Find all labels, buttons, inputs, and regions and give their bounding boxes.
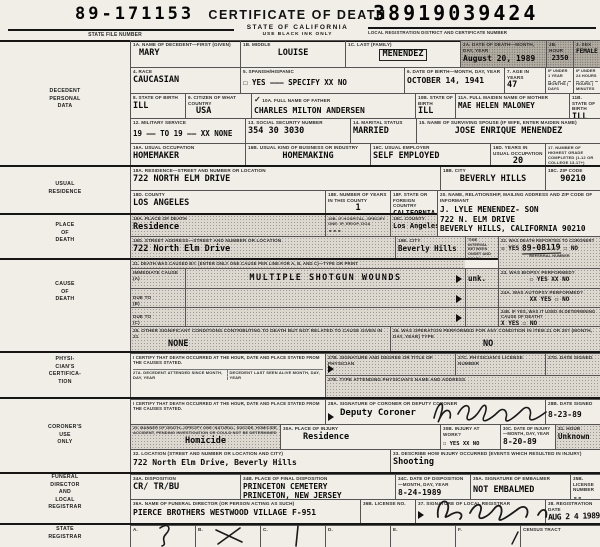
value: Beverly Hills bbox=[398, 244, 463, 253]
field-name-last: 1C. LAST (FAMILY) MENENDEZ bbox=[345, 40, 460, 67]
field-embalmer-signature: 35A. SIGNATURE OF EMBALMER NOT EMBALMED bbox=[470, 474, 570, 499]
registration-number-stamp: 38919039424 bbox=[373, 3, 538, 23]
field-death-city: 19E. CITY Beverly Hills bbox=[395, 236, 465, 258]
value-line-1: PRINCETON CEMETERY bbox=[243, 482, 393, 491]
value: ☐ YES XX NO bbox=[443, 441, 498, 448]
label: 8. STATE OF BIRTH bbox=[133, 95, 183, 101]
label: 37. SIGNATURE OF LOCAL REGISTRAR bbox=[418, 501, 543, 507]
value: NOT EMBALMED bbox=[473, 486, 568, 496]
field-local-registrar-signature: 37. SIGNATURE OF LOCAL REGISTRAR bbox=[415, 499, 545, 523]
field-if-hospital: 19B. IF HOSPITAL, SPECIFY ONE: IP, ER/OP… bbox=[325, 215, 390, 236]
label: IMMEDIATE CAUSE bbox=[133, 270, 183, 276]
label: 35B. LICENSE NUMBER bbox=[573, 476, 598, 493]
label: IF UNDER 24 HOURS bbox=[576, 69, 598, 79]
field-industry: 16B. USUAL KIND OF BUSINESS OR INDUSTRY … bbox=[245, 143, 370, 165]
label: 16B. USUAL KIND OF BUSINESS OR INDUSTRY bbox=[248, 145, 368, 151]
physician-certification-box: I CERTIFY THAT DEATH OCCURRED AT THE HOU… bbox=[130, 353, 325, 397]
label: 25. OTHER SIGNIFICANT CONDITIONS CONTRIB… bbox=[133, 328, 388, 339]
label: 36B. LICENSE NO. bbox=[363, 501, 413, 507]
death-certificate-page: 89-171153 STATE FILE NUMBER CERTIFICATE … bbox=[0, 0, 600, 547]
value: NO bbox=[393, 340, 598, 350]
section-label-funeral: FUNERAL DIRECTOR AND LOCAL REGISTRAR bbox=[4, 474, 126, 512]
value: PIERCE BROTHERS WESTWOOD VILLAGE F-951 bbox=[133, 508, 358, 517]
field-race: 4. RACE CAUCASIAN bbox=[130, 67, 240, 93]
field-coroner-date-signed: 28B. DATE SIGNED 8-23-89 bbox=[545, 399, 600, 424]
field-residence-county: 18D. COUNTY LOS ANGELES bbox=[130, 190, 325, 213]
label: 36A. NAME OF FUNERAL DIRECTOR (OR PERSON… bbox=[133, 501, 358, 507]
field-death-county: 19C. COUNTY Los Angeles bbox=[390, 215, 437, 236]
label: 18F. STATE OR FOREIGN COUNTRY bbox=[393, 192, 435, 209]
value: LOUISE bbox=[243, 49, 343, 59]
value: 8-24-1989 bbox=[398, 488, 468, 497]
coroner-certification-box: I CERTIFY THAT DEATH OCCURRED AT THE HOU… bbox=[130, 399, 325, 424]
value-line-2: PRINCETON, NEW JERSEY bbox=[243, 491, 393, 499]
value: August 20, 1989 bbox=[463, 54, 544, 63]
arrow-icon bbox=[418, 511, 424, 519]
value: 354 30 3030 bbox=[248, 127, 348, 137]
immediate-cause-label: IMMEDIATE CAUSE (A) bbox=[130, 268, 185, 288]
value: 8-23-89 bbox=[548, 410, 598, 420]
divider bbox=[368, 27, 596, 29]
field-residence-zip: 18C. ZIP CODE 90210 bbox=[545, 167, 600, 190]
label: 30A. PLACE OF INJURY bbox=[283, 426, 438, 432]
section-label-cause-of-death: CAUSE OF DEATH bbox=[4, 281, 126, 304]
field-years-in-occupation: 16D. YEARS IN USUAL OCCUPATION 20 bbox=[490, 143, 545, 165]
attended-since-label: 27A. DECEDENT ATTENDED SINCE MONTH, DAY,… bbox=[133, 370, 227, 380]
field-date-of-death: 2A. DATE OF DEATH—MONTH, DAY, YEAR Augus… bbox=[460, 40, 546, 67]
value: unk. bbox=[468, 274, 496, 283]
section-label-place-of-death: PLACE OF DEATH bbox=[4, 222, 126, 245]
label: 30C. DATE OF INJURY—MONTH, DAY, YEAR bbox=[503, 426, 553, 437]
field-residence-state: 18F. STATE OR FOREIGN COUNTRY CALIFORNIA bbox=[390, 190, 437, 213]
value: LOS ANGELES bbox=[133, 199, 323, 209]
label: 34A. DISPOSITION bbox=[133, 476, 238, 482]
label: 26. WAS OPERATION PERFORMED FOR ANY COND… bbox=[393, 328, 598, 339]
field-age: 7. AGE IN YEARS 47 bbox=[504, 67, 545, 93]
label: TIME INTERVAL BETWEEN ONSET AND DEATH bbox=[468, 238, 496, 258]
field-hour-of-injury: 31. HOUR Unknown bbox=[555, 424, 600, 449]
label: 9. CITIZEN OF WHAT COUNTRY bbox=[188, 95, 249, 106]
label: 17. NUMBER OF HIGHEST GRADE COMPLETED (1… bbox=[548, 145, 598, 165]
label: 18C. ZIP CODE bbox=[548, 168, 598, 174]
field-other-conditions: 25. OTHER SIGNIFICANT CONDITIONS CONTRIB… bbox=[130, 326, 390, 351]
label: D. bbox=[328, 527, 388, 533]
value-line-1: J. LYLE MENENDEZ- SON bbox=[440, 205, 598, 214]
state-registrar-cell-c: C. bbox=[260, 525, 325, 547]
field-reported-to-coroner: 22. WAS DEATH REPORTED TO CORONER? ☒ YES… bbox=[498, 236, 600, 268]
value: ☐ YES XX NO bbox=[501, 276, 598, 283]
field-mother-name: 11A. FULL MAIDEN NAME OF MOTHER MAE HELE… bbox=[455, 93, 569, 118]
field-autopsy: 24A. WAS AUTOPSY PERFORMED? XX YES ☐ NO bbox=[498, 288, 600, 307]
value: 90210 bbox=[548, 175, 598, 185]
section-label-residence: USUAL RESIDENCE bbox=[4, 181, 126, 196]
value: 47 bbox=[507, 81, 543, 91]
field-father-name: ✓ 10A. FULL NAME OF FATHER CHARLES MILTO… bbox=[251, 93, 415, 118]
label: 19A. PLACE OF DEATH bbox=[133, 216, 323, 222]
label: 16A. USUAL OCCUPATION bbox=[133, 145, 243, 151]
field-injury-location: 32. LOCATION (STREET AND NUMBER OR LOCAT… bbox=[130, 449, 390, 472]
no-checkbox: ☐ NO bbox=[564, 245, 578, 252]
value: --- bbox=[328, 226, 388, 235]
field-social-security-number: 13. SOCIAL SECURITY NUMBER 354 30 3030 bbox=[245, 118, 350, 143]
line-letter: (C) bbox=[133, 320, 183, 326]
value: Residence bbox=[133, 223, 323, 233]
field-state-of-birth: 8. STATE OF BIRTH ILL bbox=[130, 93, 185, 118]
yes-checkbox: ☒ YES bbox=[501, 245, 519, 252]
label: 16D. YEARS IN USUAL OCCUPATION bbox=[493, 145, 543, 156]
label: 27B. SIGNATURE AND DEGREE OR TITLE OF PH… bbox=[328, 355, 453, 366]
label: 16C. USUAL EMPLOYER bbox=[373, 145, 488, 151]
label: 32. LOCATION (STREET AND NUMBER OR LOCAT… bbox=[133, 451, 388, 457]
label: B. bbox=[198, 527, 258, 533]
field-military-service: 12. MILITARY SERVICE 19 —— TO 19 —— XX N… bbox=[130, 118, 245, 143]
field-name-middle: 1B. MIDDLE LOUISE bbox=[240, 40, 345, 67]
field-registration-date: 38. REGISTRATION DATE AUG 2 4 1989 bbox=[545, 499, 600, 523]
label: 27C. PHYSICIAN'S LICENSE NUMBER bbox=[458, 355, 543, 366]
registration-number-label: LOCAL REGISTRATION DISTRICT AND CERTIFIC… bbox=[368, 30, 596, 36]
field-years-in-county: 18E. NUMBER OF YEARS IN THIS COUNTY 1 bbox=[325, 190, 390, 213]
label: 7. AGE IN YEARS bbox=[507, 69, 543, 80]
field-injury-at-work: 30B. INJURY AT WORK? ☐ YES XX NO bbox=[440, 424, 500, 449]
arrow-icon bbox=[456, 275, 462, 283]
field-interval-c bbox=[465, 307, 498, 326]
sub-label: MONTHS | DAYS bbox=[548, 81, 571, 92]
state-registrar-census-tract: CENSUS TRACT bbox=[520, 525, 600, 547]
field-funeral-director-license: 36B. LICENSE NO. bbox=[360, 499, 415, 523]
label: 27D. DATE SIGNED bbox=[548, 355, 598, 361]
value: XX YES ☐ NO bbox=[501, 296, 598, 303]
field-marital-status: 14. MARITAL STATUS MARRIED bbox=[350, 118, 416, 143]
value-line-3: BEVERLY HILLS, CALIFORNIA 90210 bbox=[440, 224, 598, 233]
value: JOSE ENRIQUE MENENDEZ bbox=[419, 127, 598, 137]
state-registrar-cell-f: F. bbox=[455, 525, 520, 547]
section-label-coroner: CORONER'S USE ONLY bbox=[4, 424, 126, 447]
field-employer: 16C. USUAL EMPLOYER SELF EMPLOYED bbox=[370, 143, 490, 165]
label: 1A. NAME OF DECEDENT—FIRST (GIVEN) bbox=[133, 42, 238, 48]
last-seen-label: DECEDENT LAST SEEN ALIVE MONTH, DAY, YEA… bbox=[230, 370, 324, 380]
value: ☐ YES ——— SPECIFY XX NO bbox=[243, 78, 402, 87]
label: 2A. DATE OF DEATH—MONTH, DAY, YEAR bbox=[463, 42, 544, 53]
label: 28B. DATE SIGNED bbox=[548, 401, 598, 407]
sub-label: HOURS | MINUTES bbox=[576, 81, 598, 92]
label: 15. NAME OF SURVIVING SPOUSE (IF WIFE, E… bbox=[419, 120, 598, 126]
field-disposition-date: 34C. DATE OF DISPOSITION—MONTH, DAY, YEA… bbox=[395, 474, 470, 499]
value: SELF EMPLOYED bbox=[373, 152, 488, 162]
field-place-of-injury: 30A. PLACE OF INJURY Residence bbox=[280, 424, 440, 449]
label: 34C. DATE OF DISPOSITION—MONTH, DAY, YEA… bbox=[398, 476, 468, 487]
label: 3. SEX bbox=[576, 42, 598, 48]
referral-number: 89-08119 bbox=[522, 243, 561, 255]
value: Shooting bbox=[393, 458, 598, 468]
value: ILL bbox=[133, 102, 183, 112]
value: ILL bbox=[418, 107, 453, 117]
state-registrar-cell-e: E. bbox=[390, 525, 455, 547]
check-mark-icon: ✓ bbox=[254, 95, 261, 104]
value: 722 North Elm Drive bbox=[133, 245, 393, 255]
label: 13. SOCIAL SECURITY NUMBER bbox=[248, 120, 348, 126]
field-residence-city: 18B. CITY BEVERLY HILLS bbox=[440, 167, 545, 190]
registration-date-stamp: AUG 2 4 1989 bbox=[548, 512, 598, 523]
field-hour-of-death: 2B. HOUR 2350 bbox=[546, 40, 573, 67]
label: 18E. NUMBER OF YEARS IN THIS COUNTY bbox=[328, 192, 388, 203]
value: 8-20-89 bbox=[503, 437, 553, 447]
label: 35A. SIGNATURE OF EMBALMER bbox=[473, 476, 568, 482]
value: 19 —— TO 19 —— XX NONE bbox=[133, 129, 243, 138]
field-due-to-c bbox=[185, 307, 465, 326]
field-disposition: 34A. DISPOSITION CR/ TR/BU bbox=[130, 474, 240, 499]
value: 722 NORTH ELM DRIVE bbox=[133, 175, 438, 185]
field-informant: 20. NAME, RELATIONSHIP, MAILING ADDRESS … bbox=[437, 190, 600, 236]
section-label-state-registrar: STATE REGISTRAR bbox=[4, 526, 126, 541]
label: A. bbox=[133, 527, 193, 533]
field-autopsy-used: 24B. IF YES, WAS IT USED IN DETERMINING … bbox=[498, 307, 600, 326]
field-place-of-death: 19A. PLACE OF DEATH Residence bbox=[130, 215, 325, 236]
label: 24B. IF YES, WAS IT USED IN DETERMINING … bbox=[501, 309, 598, 320]
value: 1 bbox=[328, 204, 388, 213]
label: 10A. FULL NAME OF FATHER bbox=[262, 98, 330, 103]
label: 2B. HOUR bbox=[549, 42, 571, 53]
field-occupation: 16A. USUAL OCCUPATION HOMEMAKER bbox=[130, 143, 245, 165]
value: MENENDEZ bbox=[379, 49, 428, 61]
label: 28A. SIGNATURE OF CORONER OR DEPUTY CORO… bbox=[328, 401, 543, 407]
label: 19D. STREET ADDRESS—STREET AND NUMBER OR… bbox=[133, 238, 393, 244]
field-citizenship: 9. CITIZEN OF WHAT COUNTRY USA bbox=[185, 93, 251, 118]
field-funeral-director: 36A. NAME OF FUNERAL DIRECTOR (OR PERSON… bbox=[130, 499, 360, 523]
label: 6. DATE OF BIRTH—MONTH, DAY, YEAR bbox=[407, 69, 502, 75]
field-embalmer-license: 35B. LICENSE NUMBER -- bbox=[570, 474, 600, 499]
label: 18A. RESIDENCE—STREET AND NUMBER OR LOCA… bbox=[133, 168, 438, 174]
value: NONE bbox=[133, 340, 388, 350]
label: 19B. IF HOSPITAL, SPECIFY ONE: IP, ER/OP… bbox=[328, 216, 388, 226]
cause-header: 21. DEATH WAS CAUSED BY: (ENTER ONLY ONE… bbox=[130, 260, 465, 268]
field-spanish-hispanic: 5. SPANISH/HISPANIC ☐ YES ——— SPECIFY XX… bbox=[240, 67, 404, 93]
value: FEMALE bbox=[576, 49, 598, 56]
value: MARY bbox=[133, 49, 238, 59]
state-registrar-cell-a: A. bbox=[130, 525, 195, 547]
field-age-under-1-year: IF UNDER 1 YEAR MONTHS | DAYS bbox=[545, 67, 573, 93]
value: CAUCASIAN bbox=[133, 76, 238, 86]
referral-label: REFERRAL NUMBER bbox=[501, 254, 598, 259]
field-attending-physician: 27E. TYPE ATTENDING PHYSICIAN'S NAME AND… bbox=[325, 375, 600, 397]
label: 11A. FULL MAIDEN NAME OF MOTHER bbox=[458, 95, 567, 101]
label: E. bbox=[393, 527, 453, 533]
value: MARRIED bbox=[353, 127, 414, 137]
field-biopsy: 23. WAS BIOPSY PERFORMED? ☐ YES XX NO bbox=[498, 268, 600, 288]
label: 29. MANNER OF DEATH—SPECIFY ONE: NATURAL… bbox=[133, 426, 278, 436]
field-date-of-birth: 6. DATE OF BIRTH—MONTH, DAY, YEAR OCTOBE… bbox=[404, 67, 504, 93]
arrow-icon bbox=[456, 314, 462, 322]
field-interval-b bbox=[465, 288, 498, 307]
value: Unknown bbox=[558, 432, 598, 441]
value-line-2: 722 N. ELM DRIVE bbox=[440, 215, 598, 224]
certify-statement: I CERTIFY THAT DEATH OCCURRED AT THE HOU… bbox=[133, 401, 323, 412]
field-mother-birth-state: 11B. STATE OF BIRTH ILL bbox=[569, 93, 600, 118]
label: 14. MARITAL STATUS bbox=[353, 120, 414, 126]
label: 30B. INJURY AT WORK? bbox=[443, 426, 498, 437]
certify-statement: I CERTIFY THAT DEATH OCCURRED AT THE HOU… bbox=[133, 355, 323, 366]
value: Residence bbox=[283, 433, 438, 443]
line-letter: (A) bbox=[133, 276, 183, 282]
due-to-c-label: DUE TO (C) bbox=[130, 307, 185, 326]
value: CHARLES MILTON ANDERSEN bbox=[254, 106, 413, 115]
value: 722 North Elm Drive, Beverly Hills bbox=[133, 458, 388, 467]
value: OCTOBER 14, 1941 bbox=[407, 76, 502, 85]
value: Homicide bbox=[133, 437, 278, 447]
state-registrar-cell-b: B. bbox=[195, 525, 260, 547]
arrow-icon bbox=[328, 413, 334, 421]
field-due-to-b bbox=[185, 288, 465, 307]
value: CR/ TR/BU bbox=[133, 483, 238, 493]
value: MULTIPLE SHOTGUN WOUNDS bbox=[188, 274, 463, 284]
label: C. bbox=[263, 527, 323, 533]
label: 10B. STATE OF BIRTH bbox=[418, 95, 453, 106]
label: CENSUS TRACT bbox=[523, 527, 598, 533]
value: 2350 bbox=[549, 54, 571, 62]
label: 27E. TYPE ATTENDING PHYSICIAN'S NAME AND… bbox=[328, 377, 598, 383]
label: IF UNDER 1 YEAR bbox=[548, 69, 571, 79]
field-education: 17. NUMBER OF HIGHEST GRADE COMPLETED (1… bbox=[545, 143, 600, 165]
value: MAE HELEN MALONEY bbox=[458, 102, 567, 111]
label: 21. DEATH WAS CAUSED BY: (ENTER ONLY ONE… bbox=[133, 261, 463, 266]
label: 12. MILITARY SERVICE bbox=[133, 120, 243, 126]
state-file-number-label: STATE FILE NUMBER bbox=[30, 32, 200, 38]
label: 20. NAME, RELATIONSHIP, MAILING ADDRESS … bbox=[440, 192, 598, 203]
arrow-icon bbox=[328, 365, 334, 373]
field-operation: 26. WAS OPERATION PERFORMED FOR ANY COND… bbox=[390, 326, 600, 351]
field-immediate-cause: MULTIPLE SHOTGUN WOUNDS bbox=[185, 268, 465, 288]
field-place-of-final-disposition: 34B. PLACE OF FINAL DISPOSITION PRINCETO… bbox=[240, 474, 395, 499]
section-label-decedent: DECEDENT PERSONAL DATA bbox=[4, 88, 126, 111]
field-age-under-24-hours: IF UNDER 24 HOURS HOURS | MINUTES bbox=[573, 67, 600, 93]
field-sex: 3. SEX FEMALE bbox=[573, 40, 600, 67]
state-registrar-cell-d: D. bbox=[325, 525, 390, 547]
value: BEVERLY HILLS bbox=[443, 175, 543, 185]
field-surviving-spouse: 15. NAME OF SURVIVING SPOUSE (IF WIFE, E… bbox=[416, 118, 600, 143]
field-death-street: 19D. STREET ADDRESS—STREET AND NUMBER OR… bbox=[130, 236, 395, 258]
label: 18D. COUNTY bbox=[133, 192, 323, 198]
line-letter: (B) bbox=[133, 301, 183, 307]
label: 4. RACE bbox=[133, 69, 238, 75]
field-interval-a: unk. bbox=[465, 268, 498, 288]
field-father-birth-state: 10B. STATE OF BIRTH ILL bbox=[415, 93, 455, 118]
value: CALIFORNIA bbox=[393, 209, 435, 213]
field-manner-of-death: 29. MANNER OF DEATH—SPECIFY ONE: NATURAL… bbox=[130, 424, 280, 449]
field-residence-street: 18A. RESIDENCE—STREET AND NUMBER OR LOCA… bbox=[130, 167, 440, 190]
value: Deputy Coroner bbox=[328, 408, 543, 418]
label: 11B. STATE OF BIRTH bbox=[572, 95, 598, 112]
value: USA bbox=[188, 107, 249, 117]
label: 5. SPANISH/HISPANIC bbox=[243, 69, 402, 75]
value: HOMEMAKER bbox=[133, 152, 243, 162]
value: HOMEMAKING bbox=[248, 152, 368, 162]
field-physician-date-signed: 27D. DATE SIGNED bbox=[545, 353, 600, 375]
label: 33. DESCRIBE HOW INJURY OCCURRED (EVENTS… bbox=[393, 451, 598, 457]
section-label-physician: PHYSI- CIAN'S CERTIFICA- TION bbox=[4, 356, 126, 386]
value: 20 bbox=[493, 157, 543, 165]
value: Los Angeles bbox=[393, 222, 435, 230]
field-physician-license: 27C. PHYSICIAN'S LICENSE NUMBER bbox=[455, 353, 545, 375]
label: F. bbox=[458, 527, 518, 533]
label: 18B. CITY bbox=[443, 168, 543, 174]
field-how-injury-occurred: 33. DESCRIBE HOW INJURY OCCURRED (EVENTS… bbox=[390, 449, 600, 472]
field-date-of-injury: 30C. DATE OF INJURY—MONTH, DAY, YEAR 8-2… bbox=[500, 424, 555, 449]
field-name-first: 1A. NAME OF DECEDENT—FIRST (GIVEN) MARY bbox=[130, 40, 240, 67]
due-to-b-label: DUE TO (B) bbox=[130, 288, 185, 307]
field-physician-signature: 27B. SIGNATURE AND DEGREE OR TITLE OF PH… bbox=[325, 353, 455, 375]
state-file-number-stamp: 89-171153 bbox=[75, 6, 194, 23]
label: 1B. MIDDLE bbox=[243, 42, 343, 48]
field-coroner-signature: 28A. SIGNATURE OF CORONER OR DEPUTY CORO… bbox=[325, 399, 545, 424]
field-time-interval-header: TIME INTERVAL BETWEEN ONSET AND DEATH bbox=[465, 236, 498, 258]
label: 1C. LAST (FAMILY) bbox=[348, 42, 458, 48]
arrow-icon bbox=[456, 295, 462, 303]
